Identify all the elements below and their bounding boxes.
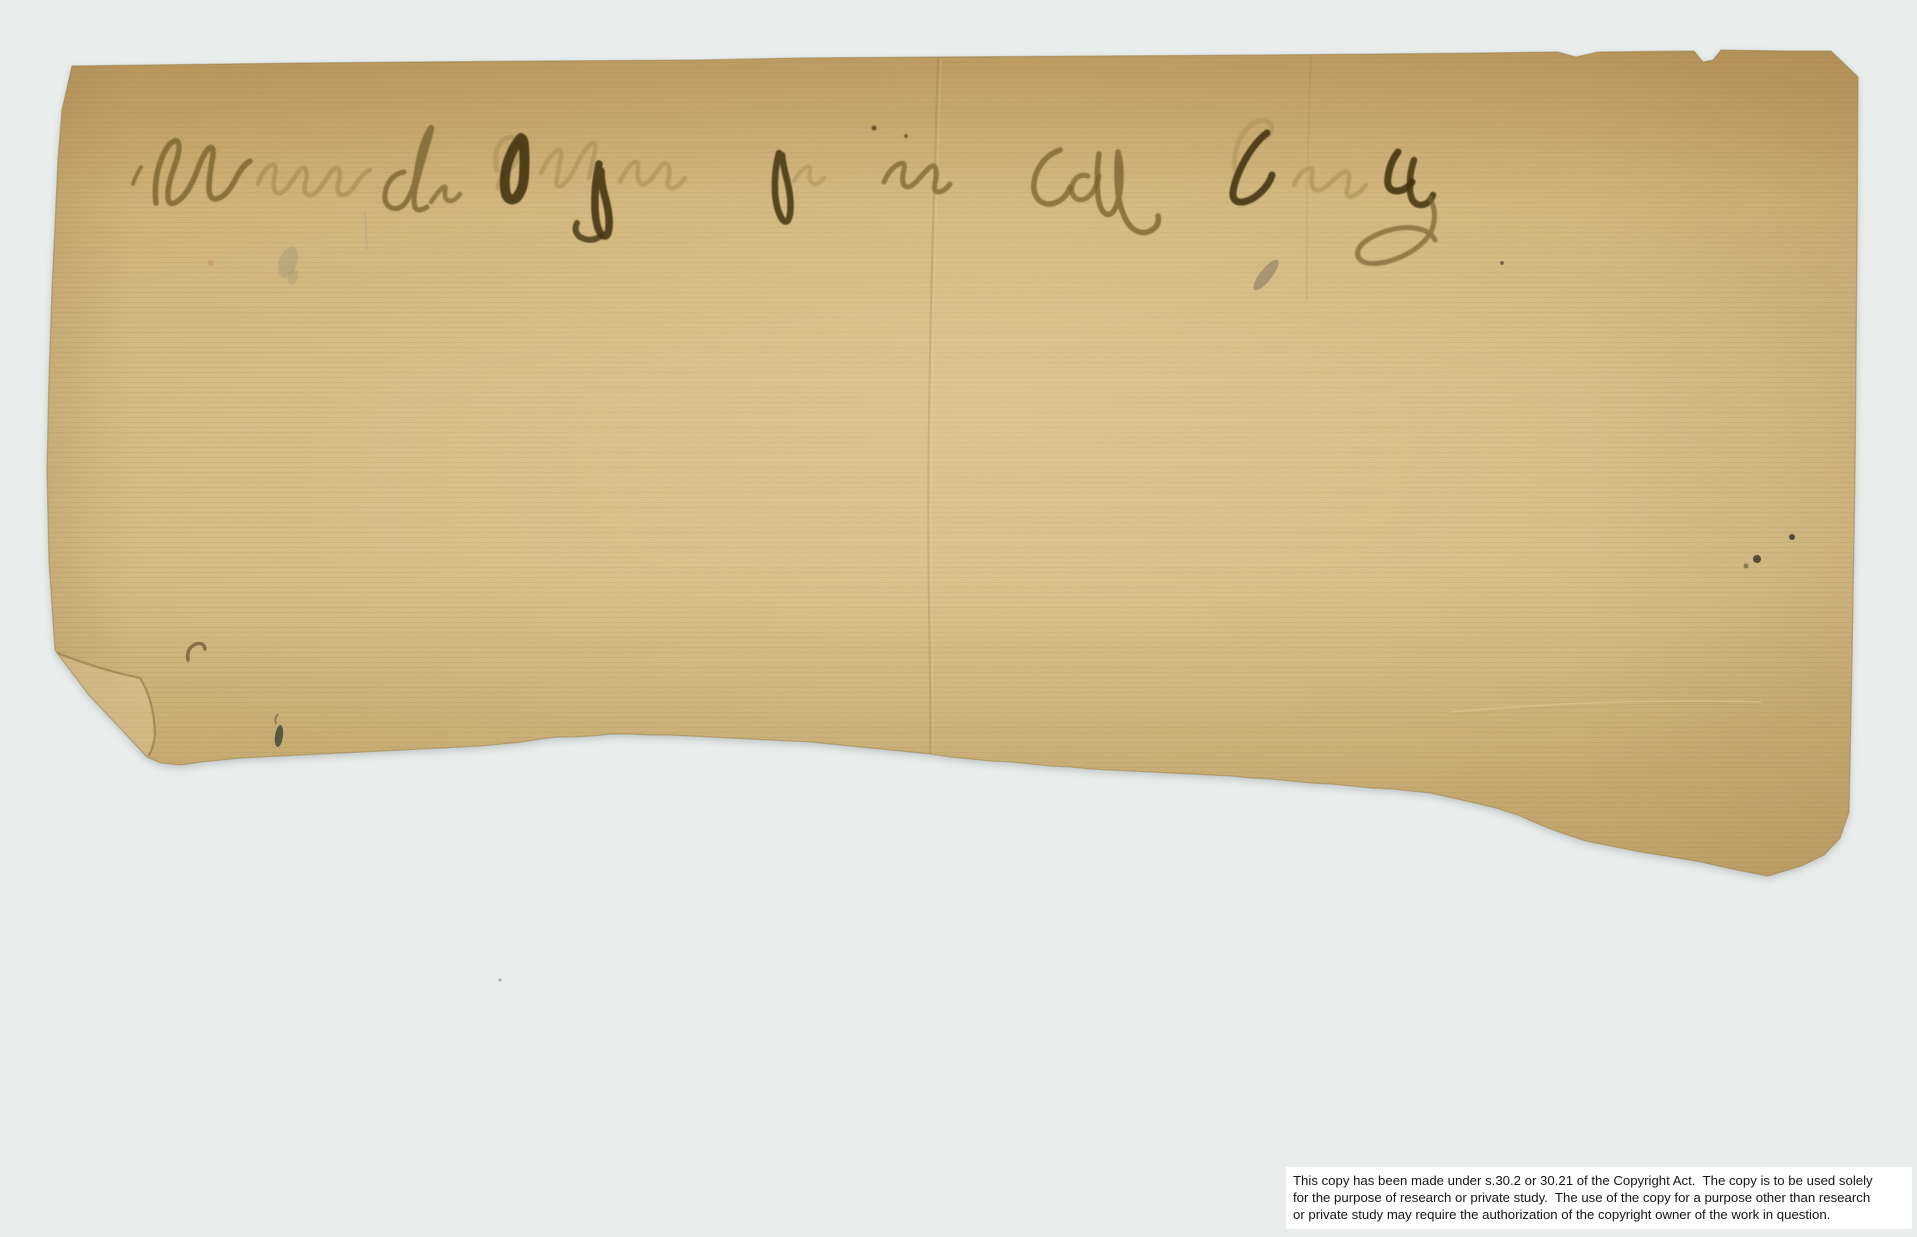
ink-speck [1744, 564, 1749, 569]
ink-speck [1500, 261, 1504, 265]
stain-speck [208, 260, 214, 266]
scan-image [0, 0, 1917, 1237]
ink-speck [1789, 534, 1795, 540]
copyright-line: for the purpose of research or private s… [1293, 1189, 1905, 1206]
background-speck [498, 978, 502, 982]
scan-page: Wurde Schmit an Cap Lotz This copy has b… [0, 0, 1917, 1237]
ink-speck [1753, 555, 1761, 563]
copyright-notice: This copy has been made under s.30.2 or … [1286, 1167, 1912, 1229]
copyright-line: This copy has been made under s.30.2 or … [1293, 1172, 1905, 1189]
copyright-line: or private study may require the authori… [1293, 1206, 1905, 1223]
